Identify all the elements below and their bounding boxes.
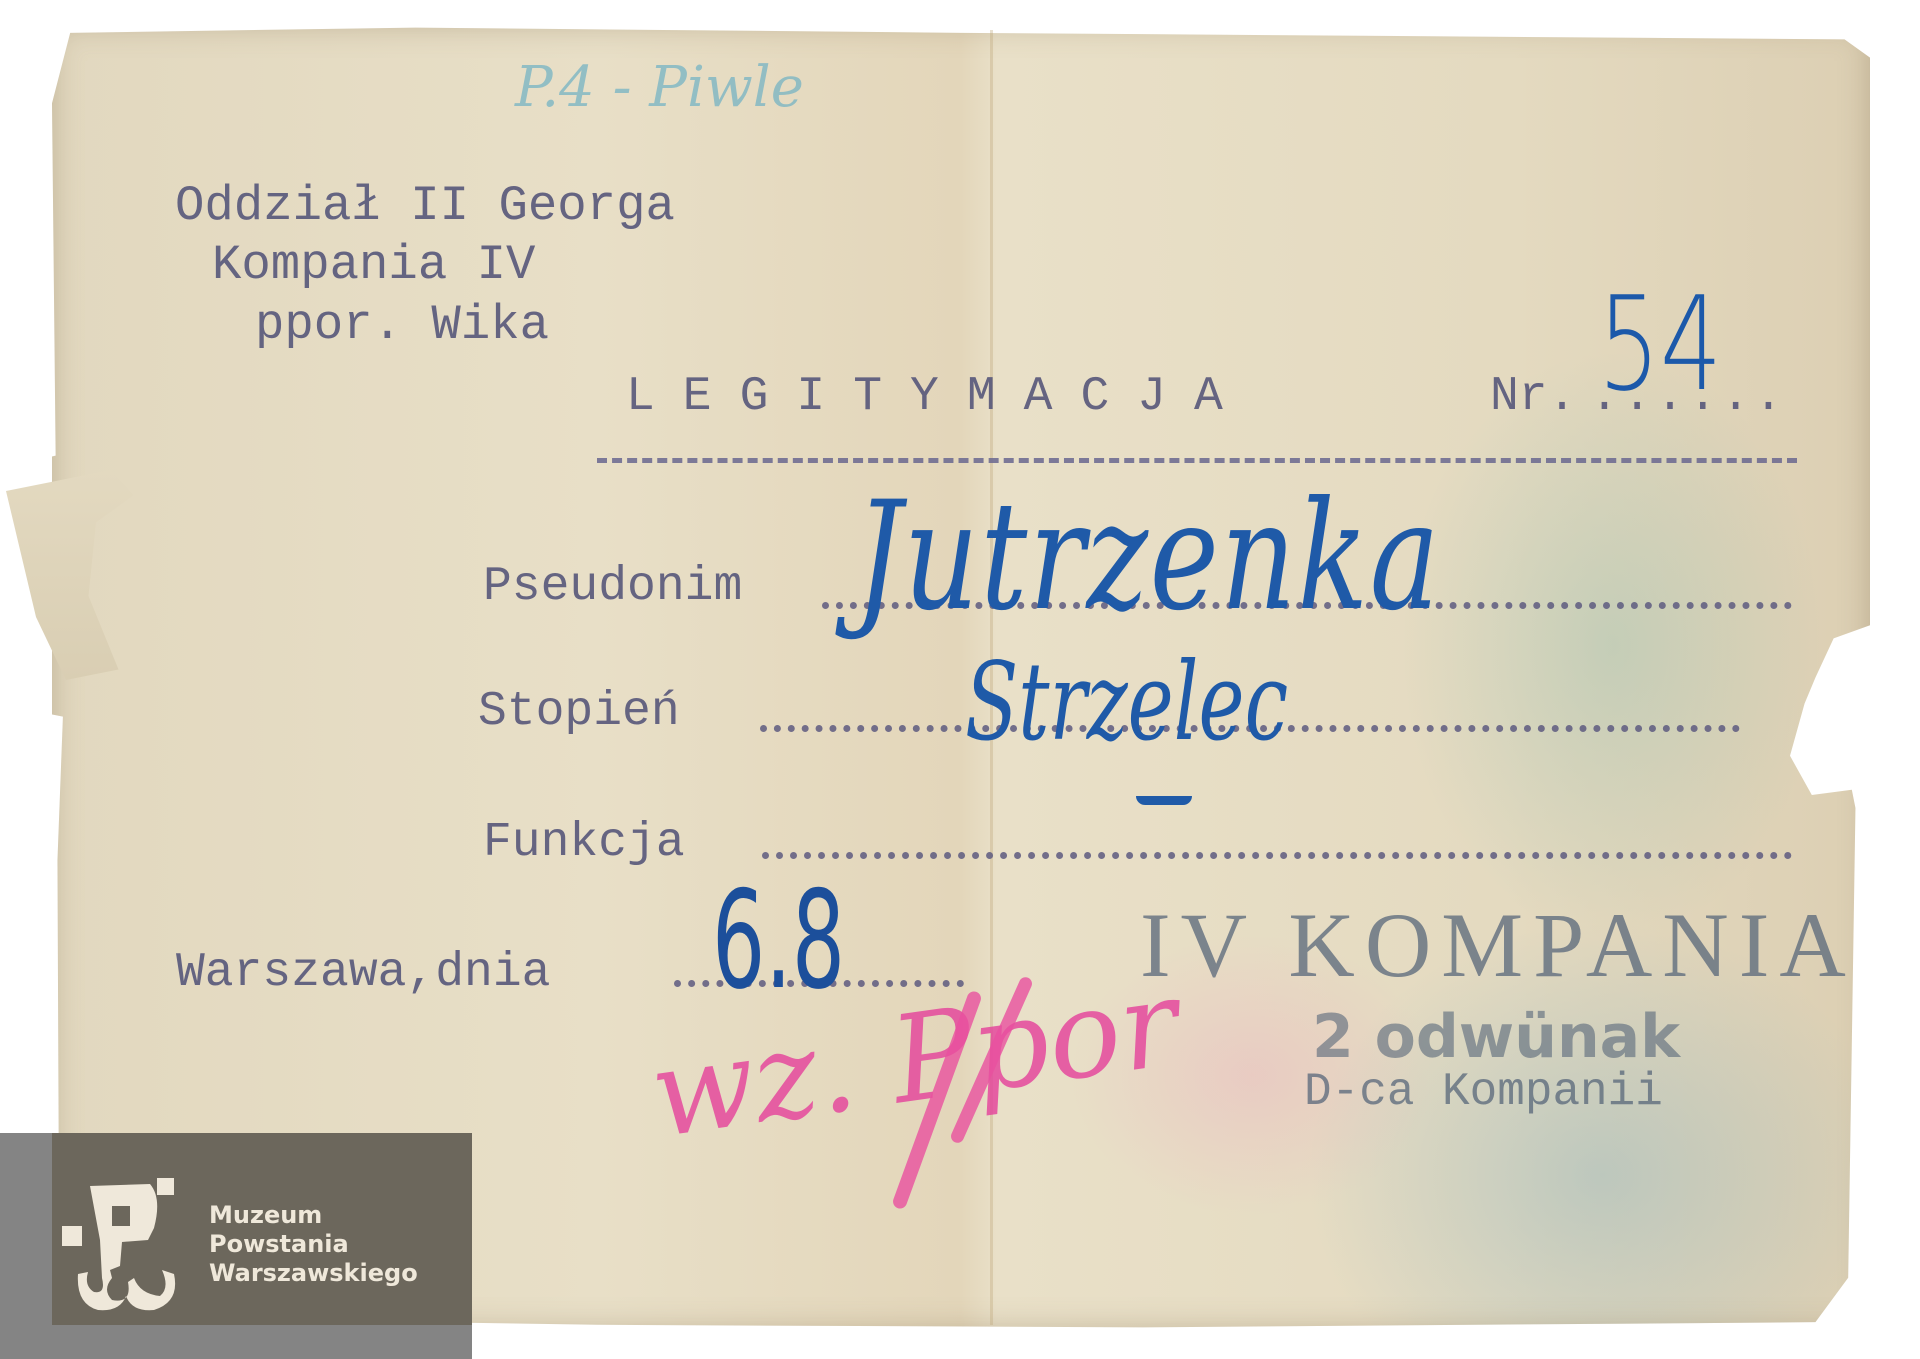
pencil-annotation: P.4 - Piwle [515,55,804,120]
header-unit: Oddział II Georga [175,178,675,234]
field-value-funkcja-dash [1136,796,1192,805]
museum-name-line3: Warszawskiego [209,1259,418,1288]
museum-watermark: Muzeum Powstania Warszawskiego [0,1133,472,1359]
header-company: Kompania IV [212,237,535,293]
field-label-stopien: Stopień [478,685,680,739]
field-value-stopien: Strzelec [965,640,1288,765]
dotted-line [762,852,1792,859]
header-commander: ppor. Wika [255,297,549,353]
dashed-separator [597,458,1797,463]
document-title: LEGITYMACJA [626,370,1251,424]
field-label-funkcja: Funkcja [483,816,685,870]
number-label: Nr. [1490,370,1576,424]
field-label-pseudonim: Pseudonim [483,560,742,614]
stamp-unit: 2 odwünak [1312,1002,1680,1072]
museum-name-line1: Muzeum [209,1201,418,1230]
number-value: 54 [1598,268,1722,420]
date-label: Warszawa,dnia [176,946,550,1000]
stamp-company: IV KOMPANIA [1140,892,1856,998]
museum-name-line2: Powstania [209,1230,418,1259]
stamp-commander: D-ca Kompanii [1304,1066,1663,1118]
kotwica-anchor-icon [62,1178,192,1313]
date-value: 6.8 [712,862,845,1019]
museum-name: Muzeum Powstania Warszawskiego [209,1201,418,1288]
field-value-pseudonim: Jutrzenka [855,470,1441,644]
